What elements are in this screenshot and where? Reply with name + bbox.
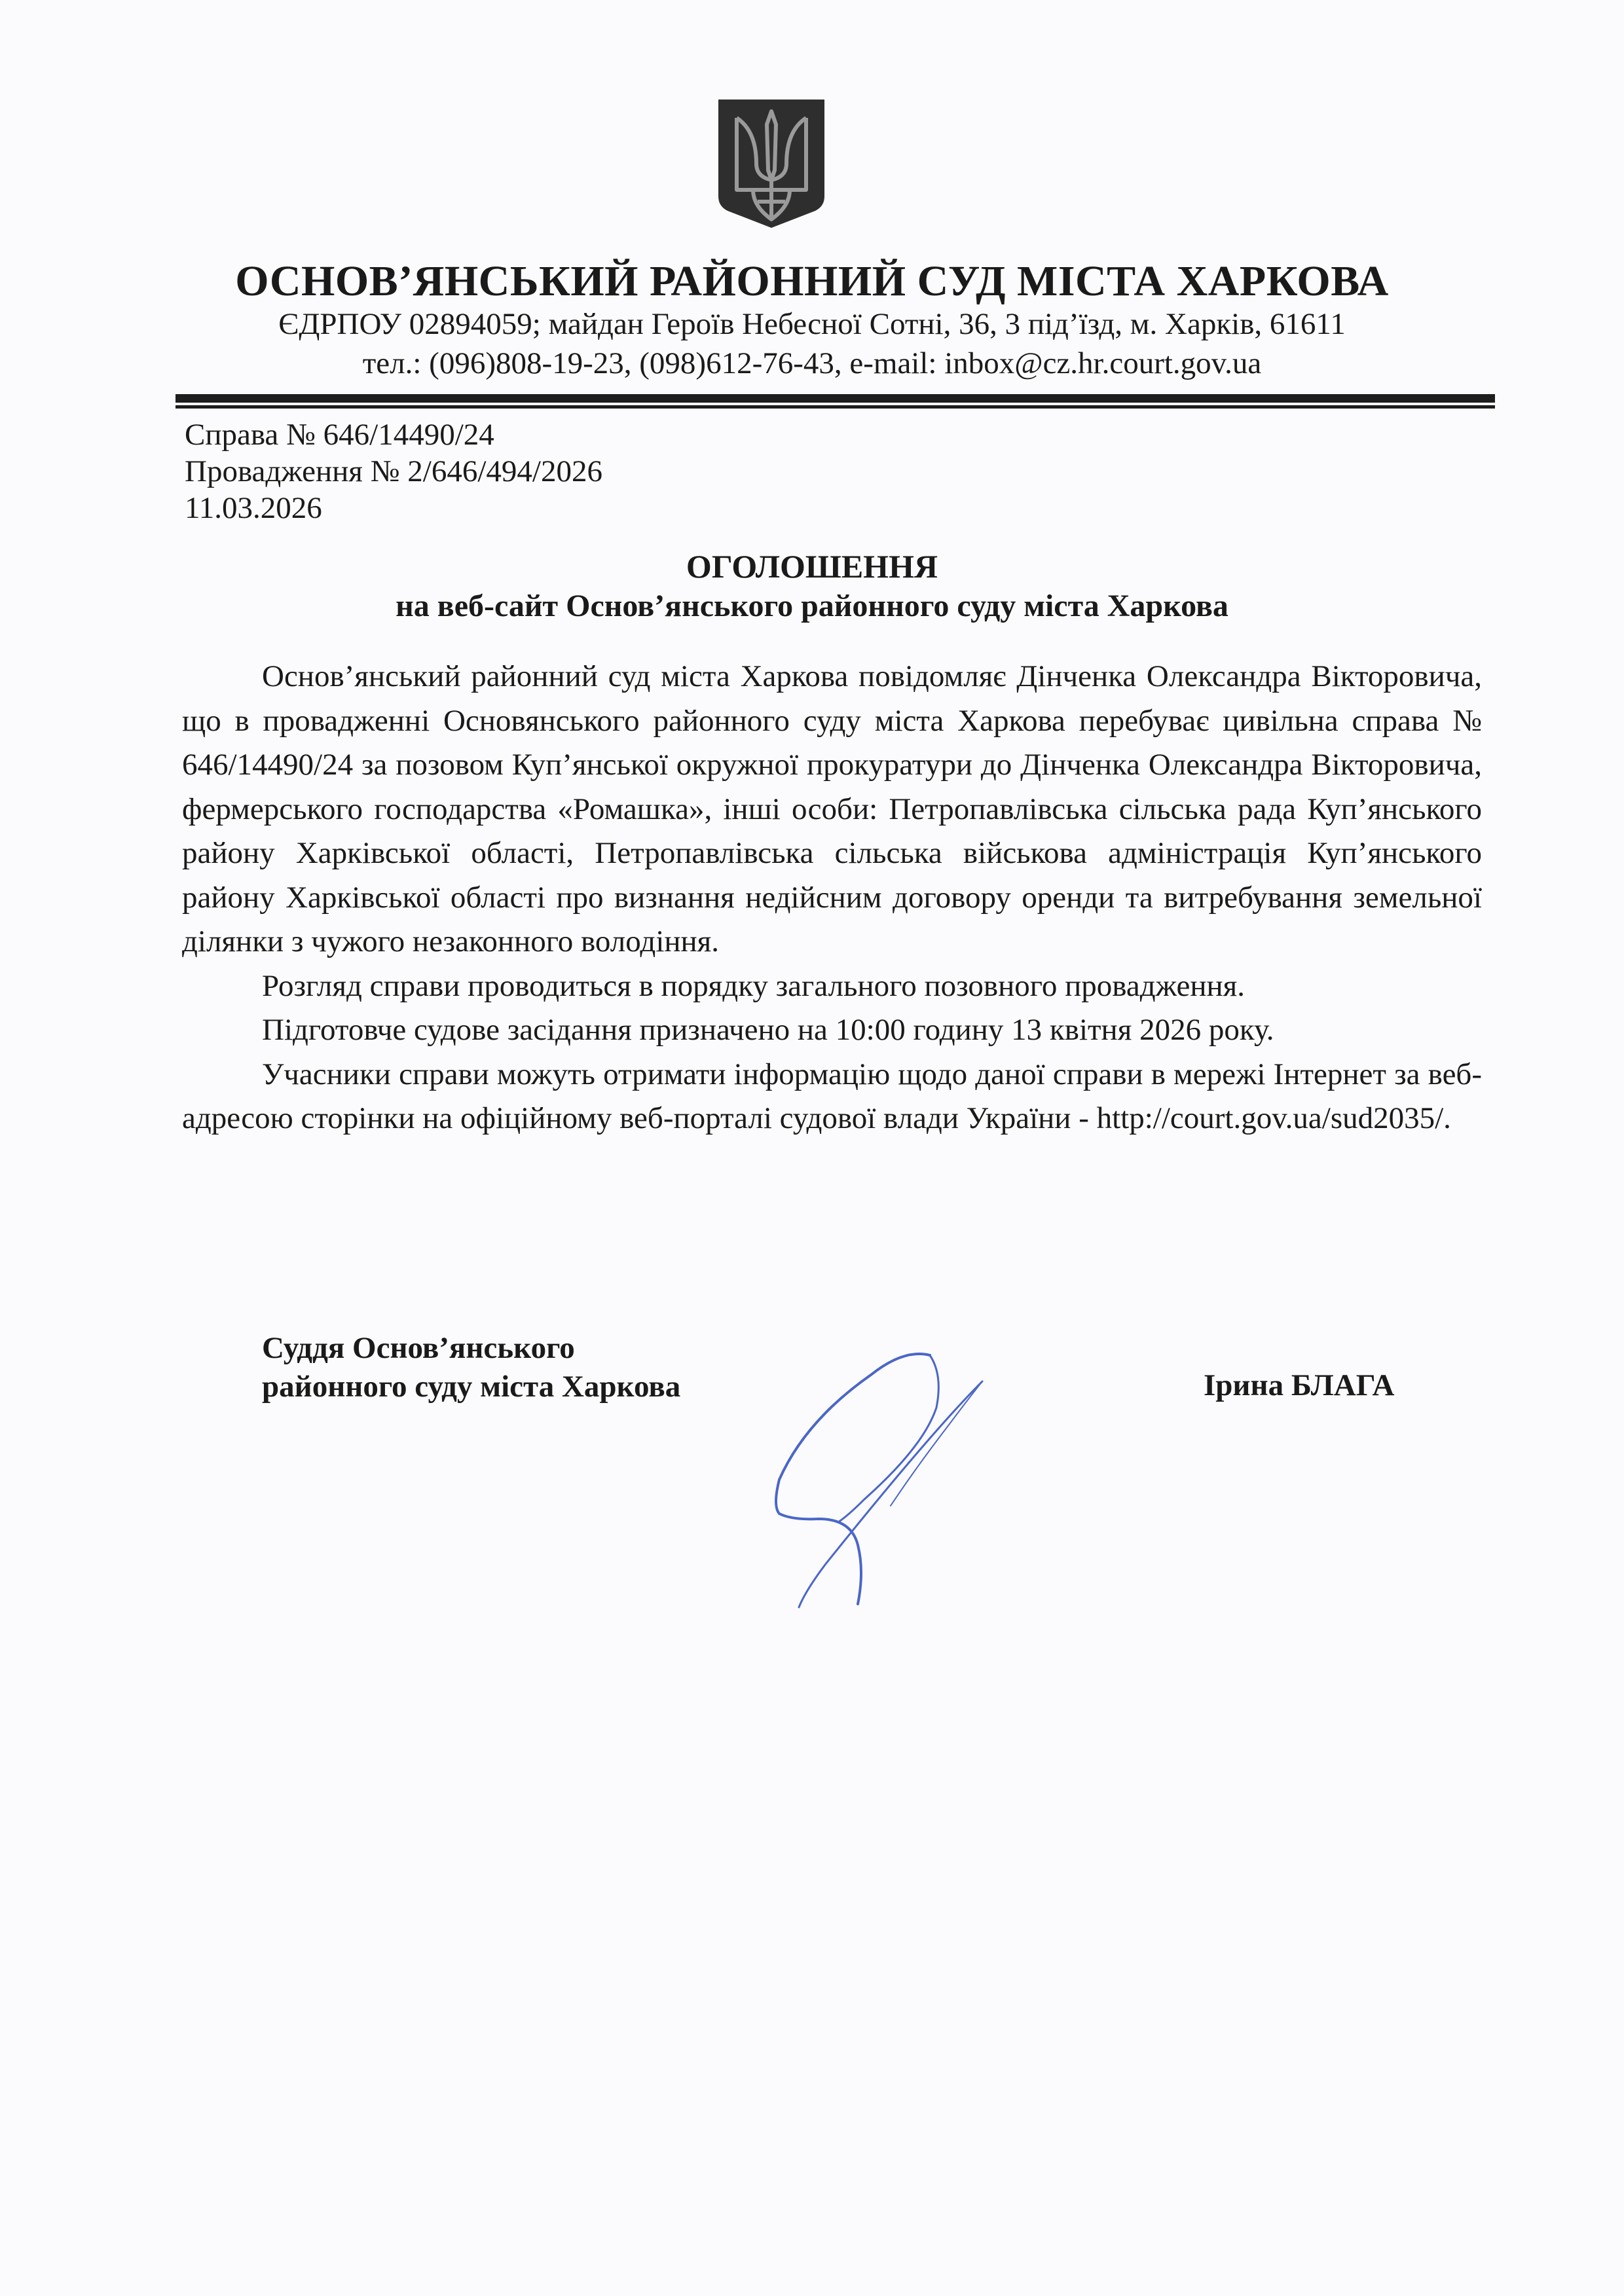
paragraph-procedure: Розгляд справи проводиться в порядку заг…	[182, 964, 1482, 1009]
signer-position: Суддя Основ’янського районного суду міст…	[262, 1329, 680, 1406]
document-date: 11.03.2026	[185, 490, 602, 526]
coat-of-arms-icon	[717, 98, 826, 229]
court-name: ОСНОВ’ЯНСЬКИЙ РАЙОННИЙ СУД МІСТА ХАРКОВА	[0, 257, 1624, 306]
document-subtitle: на веб-сайт Основ’янського районного суд…	[0, 588, 1624, 624]
court-address: ЄДРПОУ 02894059; майдан Героїв Небесної …	[0, 306, 1624, 342]
document-title: ОГОЛОШЕННЯ	[0, 547, 1624, 585]
signer-name: Ірина БЛАГА	[1204, 1368, 1394, 1403]
header-divider-thin	[175, 405, 1495, 409]
header-divider-thick	[175, 394, 1495, 403]
signer-position-line2: районного суду міста Харкова	[262, 1368, 680, 1406]
announcement-body: Основ’янський районний суд міста Харкова…	[182, 655, 1482, 1141]
paragraph-info-link: Учасники справи можуть отримати інформац…	[182, 1053, 1482, 1141]
proceeding-number: Провадження № 2/646/494/2026	[185, 453, 602, 490]
handwritten-signature-icon	[707, 1349, 1126, 1624]
paragraph-hearing: Підготовче судове засідання призначено н…	[182, 1008, 1482, 1053]
paragraph-notice: Основ’янський районний суд міста Харкова…	[182, 655, 1482, 964]
case-meta: Справа № 646/14490/24 Провадження № 2/64…	[185, 416, 602, 526]
court-contacts: тел.: (096)808-19-23, (098)612-76-43, e-…	[0, 346, 1624, 381]
signer-position-line1: Суддя Основ’янського	[262, 1329, 680, 1368]
case-number: Справа № 646/14490/24	[185, 416, 602, 453]
